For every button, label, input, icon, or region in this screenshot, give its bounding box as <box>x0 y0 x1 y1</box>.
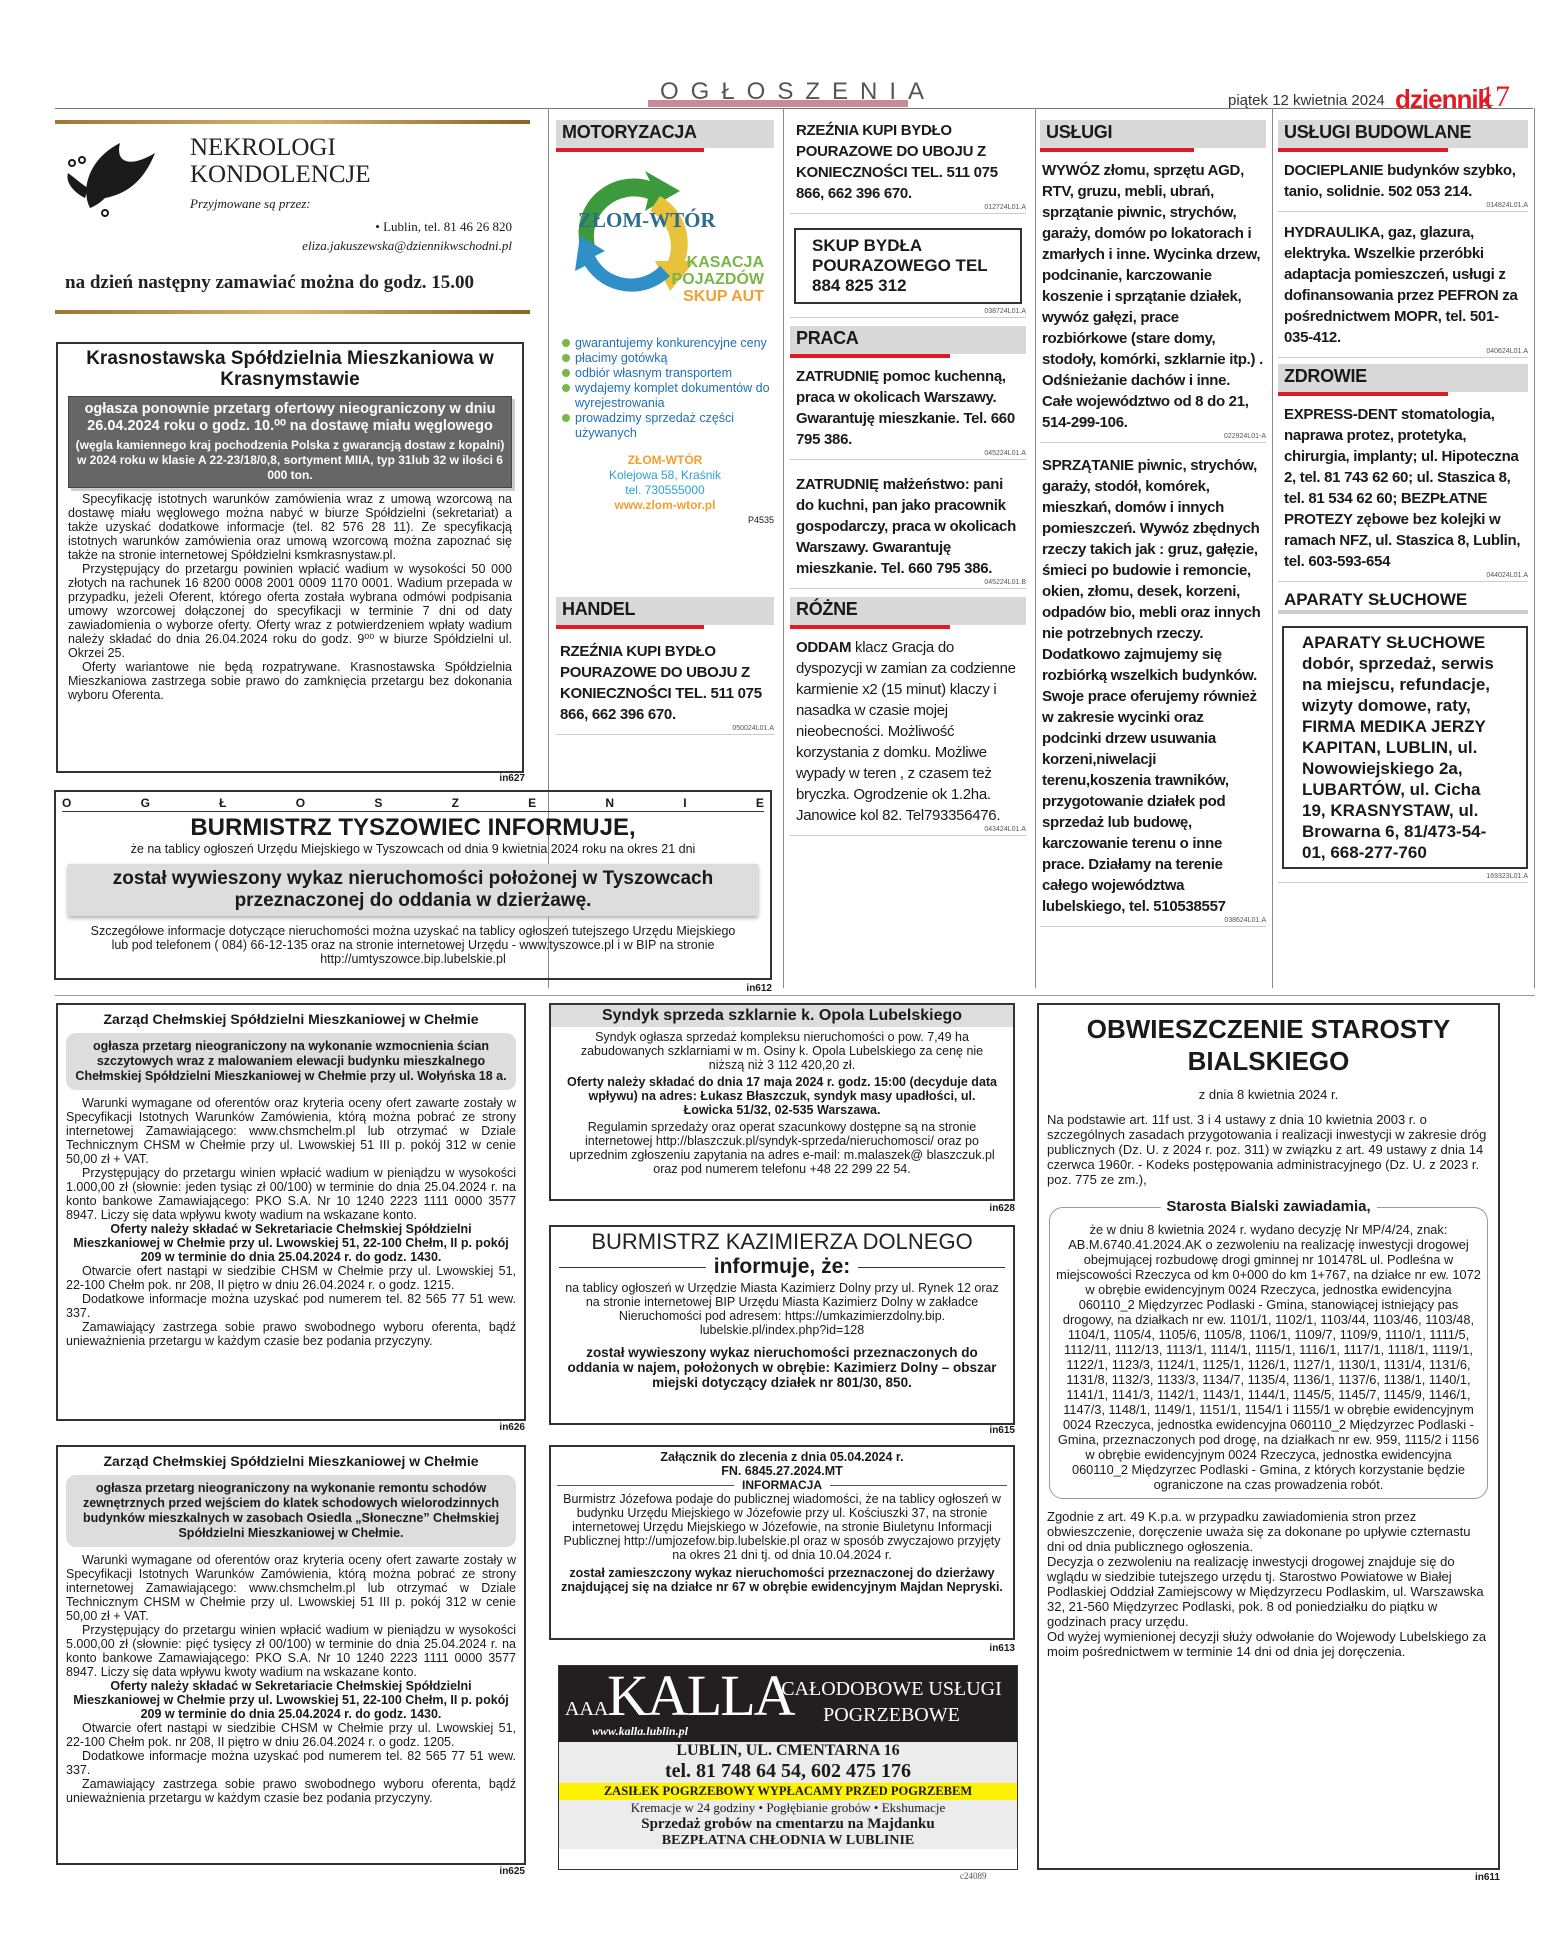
section-divider <box>55 995 1535 996</box>
spaced-letter: E <box>528 796 536 810</box>
classified-ad: ODDAM klacz Gracja do dyspozycji w zamia… <box>790 637 1026 826</box>
contact-phone: • Lublin, tel. 81 46 26 820 <box>375 219 512 235</box>
tyszowce-ad: OGŁOSZENIE BURMISTRZ TYSZOWIEC INFORMUJE… <box>54 790 772 980</box>
section-heading: USŁUGI BUDOWLANE <box>1278 120 1528 148</box>
page-number: 17 <box>1480 80 1510 114</box>
krasnostaw-ad: Krasnostawska Spółdzielnia Mieszkaniowa … <box>56 342 524 773</box>
starosta-ad: OBWIESZCZENIE STAROSTY BIALSKIEGO z dnia… <box>1037 1003 1500 1870</box>
spaced-letter: G <box>141 796 150 810</box>
ad-code: in613 <box>960 1643 1015 1654</box>
highlight-box: ogłasza przetarg nieograniczony na wykon… <box>66 1475 516 1547</box>
classified-ad: HYDRAULIKA, gaz, glazura, elektryka. Wsz… <box>1278 222 1528 348</box>
section-heading: HANDEL <box>556 597 774 625</box>
classified-ad: RZEŹNIA KUPI BYDŁO POURAZOWE DO UBOJU Z … <box>556 641 774 725</box>
spaced-letter: O <box>296 796 305 810</box>
nekrologi-block: NEKROLOGI KONDOLENCJE Przyjmowane są prz… <box>55 120 530 315</box>
kalla-banner: AAA KALLA www.kalla.lublin.pl CAŁODOBOWE… <box>559 1666 1017 1742</box>
syndyk-ad: Syndyk sprzeda szklarnie k. Opola Lubels… <box>549 1003 1015 1201</box>
benefit-item: odbiór własnym transportem <box>562 366 774 381</box>
spaced-letter: S <box>374 796 382 810</box>
column-divider <box>1035 108 1036 988</box>
classified-ad: EXPRESS-DENT stomatologia, naprawa prote… <box>1278 404 1528 572</box>
kalla-ad: AAA KALLA www.kalla.lublin.pl CAŁODOBOWE… <box>558 1665 1018 1870</box>
brand-name: ZŁOM-WTÓR <box>578 208 716 233</box>
boxed-ad: SKUP BYDŁA POURAZOWEGO TEL 884 825 312 <box>794 228 1022 304</box>
section-title-underline <box>648 100 908 107</box>
highlight-box: został wywieszony wykaz nieruchomości po… <box>68 864 758 916</box>
ad-code: in612 <box>720 983 772 994</box>
uslugi-section: USŁUGI WYWÓZ złomu, sprzętu AGD, RTV, gr… <box>1040 120 1266 927</box>
chelm-ad-1: Zarząd Chełmskiej Spółdzielni Mieszkanio… <box>56 1003 526 1421</box>
section-heading: RÓŻNE <box>790 597 1026 625</box>
spaced-letter: O <box>62 796 71 810</box>
brand-tags: KASACJA POJAZDÓW SKUP AUT <box>672 254 764 305</box>
ad-code: in626 <box>470 1422 525 1433</box>
spaced-letter: I <box>683 796 686 810</box>
highlight-box: ogłasza przetarg nieograniczony na wykon… <box>66 1033 516 1090</box>
ad-code: c24089 <box>960 1871 987 1881</box>
column-divider <box>1534 108 1535 988</box>
ad-title: BURMISTRZ KAZIMIERZA DOLNEGO <box>559 1229 1005 1255</box>
benefit-item: wydajemy komplet dokumentów do wyrejestr… <box>562 381 774 411</box>
section-heading: PRACA <box>790 326 1026 354</box>
kazimierz-ad: BURMISTRZ KAZIMIERZA DOLNEGO informuje, … <box>549 1225 1015 1425</box>
bullet-icon <box>562 369 570 377</box>
boxed-ad: APARATY SŁUCHOWE dobór, sprzedaż, serwis… <box>1282 626 1528 869</box>
subtitle-row: informuje, że: <box>559 1255 1005 1279</box>
section-heading: ZDROWIE <box>1278 364 1528 392</box>
column-3: RZEŹNIA KUPI BYDŁO POURAZOWE DO UBOJU Z … <box>790 120 1026 836</box>
ad-title: BURMISTRZ TYSZOWIEC INFORMUJE, <box>62 814 764 842</box>
motoryzacja-section: MOTORYZACJA ZŁOM-WTÓR KASACJA POJAZDÓW S… <box>556 120 774 525</box>
benefit-item: prowadzimy sprzedaż części używanych <box>562 411 774 441</box>
ad-code: in611 <box>1445 1872 1500 1883</box>
ad-title: OBWIESZCZENIE STAROSTY BIALSKIEGO <box>1047 1013 1490 1077</box>
section-heading: APARATY SŁUCHOWE <box>1278 590 1528 614</box>
label-row: INFORMACJA <box>557 1478 1007 1492</box>
benefits-list: gwarantujemy konkurencyjne cenypłacimy g… <box>556 336 774 441</box>
deadline-note: na dzień następny zamawiać można do godz… <box>65 272 474 294</box>
ad-title: Zarząd Chełmskiej Spółdzielni Mieszkanio… <box>66 1011 516 1027</box>
nekrologi-title: NEKROLOGI KONDOLENCJE <box>190 134 371 188</box>
leaf-ornament-icon <box>60 138 160 218</box>
ad-title: Syndyk sprzeda szklarnie k. Opola Lubels… <box>551 1005 1013 1027</box>
benefit-item: płacimy gotówką <box>562 351 774 366</box>
section-heading: USŁUGI <box>1040 120 1266 148</box>
classified-ad: ZATRUDNIĘ małżeństwo: pani do kuchni, pa… <box>790 474 1026 579</box>
issue-date: piątek 12 kwietnia 2024 <box>1228 92 1385 109</box>
classified-ad: DOCIEPLANIE budynków szybko, tanio, soli… <box>1278 160 1528 202</box>
spaced-letter: Z <box>452 796 459 810</box>
benefit-item: gwarantujemy konkurencyjne ceny <box>562 336 774 351</box>
ad-code: in625 <box>470 1866 525 1877</box>
handel-section: HANDEL RZEŹNIA KUPI BYDŁO POURAZOWE DO U… <box>556 597 774 735</box>
accepted-by-label: Przyjmowane są przez: <box>190 196 311 212</box>
classified-ad: SPRZĄTANIE piwnic, strychów, garaży, sto… <box>1040 455 1266 917</box>
budowlane-section: USŁUGI BUDOWLANE DOCIEPLANIE budynków sz… <box>1278 120 1528 883</box>
classified-ad: WYWÓZ złomu, sprzętu AGD, RTV, gruzu, me… <box>1040 160 1266 433</box>
contact-email[interactable]: eliza.jakuszewska@dziennikwschodni.pl <box>302 238 512 254</box>
zlom-wtor-logo: ZŁOM-WTÓR KASACJA POJAZDÓW SKUP AUT <box>556 166 774 336</box>
gold-rule <box>55 120 530 124</box>
column-divider <box>783 108 784 988</box>
spaced-letter: N <box>605 796 614 810</box>
chelm-ad-2: Zarząd Chełmskiej Spółdzielni Mieszkanio… <box>56 1445 526 1865</box>
newspaper-logo: dziennik <box>1395 84 1491 115</box>
section-heading: MOTORYZACJA <box>556 120 774 148</box>
ad-code: in615 <box>960 1425 1015 1436</box>
gold-rule <box>55 310 530 314</box>
bullet-icon <box>562 354 570 362</box>
ad-title: Krasnostawska Spółdzielnia Mieszkaniowa … <box>68 348 512 390</box>
classified-ad: RZEŹNIA KUPI BYDŁO POURAZOWE DO UBOJU Z … <box>790 120 1026 204</box>
jozefow-ad: Załącznik do zlecenia z dnia 05.04.2024 … <box>549 1445 1015 1640</box>
column-divider <box>1272 108 1273 988</box>
ad-code: in628 <box>960 1203 1015 1214</box>
contact-block: ZŁOM-WTÓR Kolejowa 58, Kraśnik tel. 7305… <box>556 453 774 513</box>
classified-ad: ZATRUDNIĘ pomoc kuchenną, praca w okolic… <box>790 366 1026 450</box>
ad-code: in627 <box>470 773 525 784</box>
notice-box: Starosta Bialski zawiadamia, że w dniu 8… <box>1049 1207 1488 1499</box>
highlight-box: ogłasza ponownie przetarg ofertowy nieog… <box>68 396 512 488</box>
spaced-letter: E <box>756 796 764 810</box>
spaced-letter: Ł <box>219 796 226 810</box>
bullet-icon <box>562 384 570 392</box>
bullet-icon <box>562 414 570 422</box>
bullet-icon <box>562 339 570 347</box>
spaced-header: OGŁOSZENIE <box>62 796 764 812</box>
ad-title: Zarząd Chełmskiej Spółdzielni Mieszkanio… <box>66 1453 516 1469</box>
